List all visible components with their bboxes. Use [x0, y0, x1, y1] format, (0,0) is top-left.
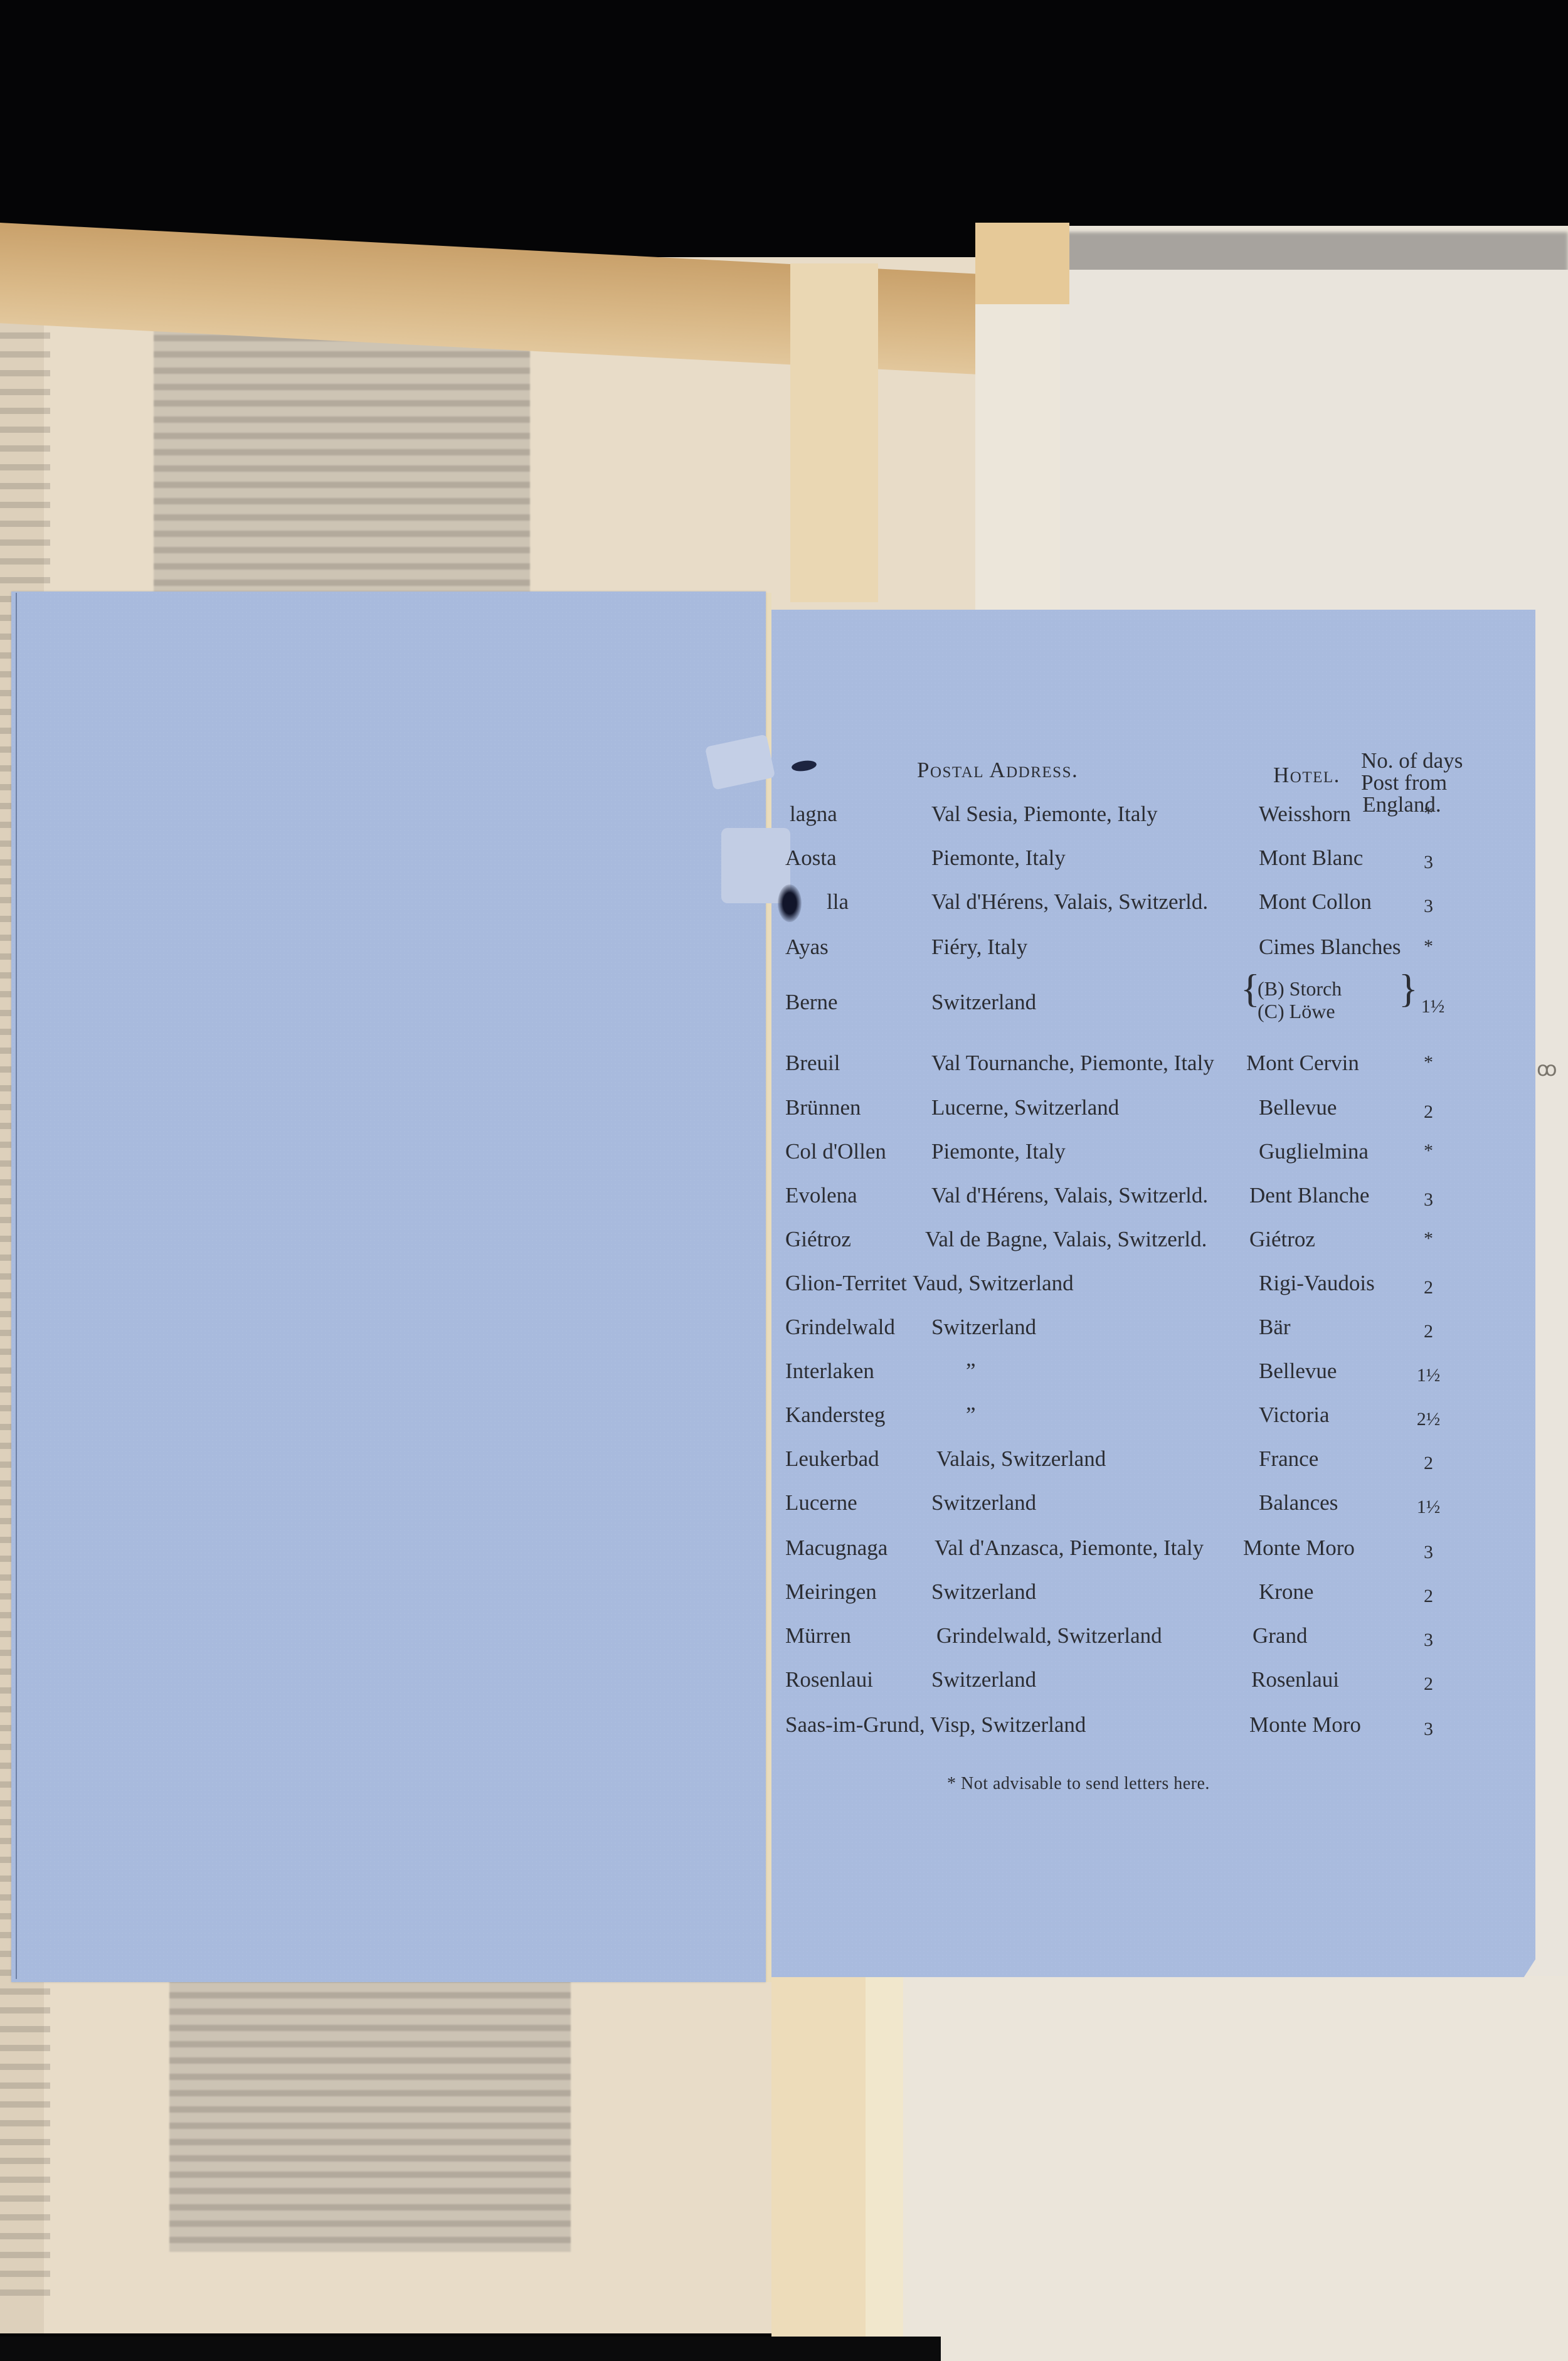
kraft-paper-strip	[790, 263, 878, 602]
place-name: Macugnaga	[785, 1537, 887, 1559]
hotel-name: Rigi-Vaudois	[1259, 1272, 1375, 1294]
hotel-name: Balances	[1259, 1492, 1338, 1514]
hotel-name: Bär	[1259, 1316, 1291, 1338]
card-left-page	[11, 592, 766, 1982]
place-name: Breuil	[785, 1052, 840, 1074]
postal-address: Val d'Hérens, Valais, Switzerld.	[931, 1184, 1208, 1206]
post-days: 2	[1414, 1322, 1443, 1341]
hotel-name: Weisshorn	[1259, 803, 1351, 825]
place-name: Meiringen	[785, 1581, 877, 1603]
ornament-border-fragment: ꝏ	[1537, 1057, 1559, 1081]
postal-address: Val de Bagne, Valais, Switzerld.	[925, 1228, 1207, 1250]
hotel-name: Rosenlaui	[1251, 1669, 1339, 1690]
place-name: Interlaken	[785, 1360, 874, 1382]
postal-address: Val d'Anzasca, Piemonte, Italy	[935, 1537, 1204, 1559]
right-kraft-tab	[975, 223, 1069, 304]
place-name: Ayas	[785, 936, 829, 958]
post-days: 2	[1414, 1675, 1443, 1694]
place-name: Mürren	[785, 1625, 851, 1647]
hotel-name: Monte Moro	[1249, 1714, 1361, 1736]
hotel-name: Grand	[1253, 1625, 1307, 1647]
postal-address: ”	[966, 1404, 976, 1426]
postal-address: Val d'Hérens, Valais, Switzerld.	[931, 891, 1208, 913]
post-days: 2	[1414, 1587, 1443, 1606]
ink-blot	[778, 884, 802, 922]
postal-address: Fiéry, Italy	[931, 936, 1027, 958]
hotel-option: (C) Löwe	[1254, 1000, 1342, 1022]
not-advisable-asterisk: *	[1414, 1142, 1443, 1160]
place-name: Lucerne	[785, 1492, 857, 1514]
postal-address: Switzerland	[931, 1316, 1036, 1338]
not-advisable-asterisk: *	[1414, 1229, 1443, 1248]
post-days: 3	[1414, 1543, 1443, 1562]
header-hotel: Hotel.	[1273, 764, 1340, 786]
tan-card-strip	[771, 1976, 866, 2361]
postal-address: Switzerland	[931, 1669, 1036, 1690]
header-postal-address: Postal Address.	[917, 759, 1078, 781]
left-brace: {	[1241, 968, 1260, 1009]
post-days: 3	[1414, 1631, 1443, 1650]
postal-address: Grindelwald, Switzerland	[936, 1625, 1162, 1647]
post-days: 1½	[1414, 1366, 1443, 1385]
hotel-name: Victoria	[1259, 1404, 1330, 1426]
hotel-name: Dent Blanche	[1249, 1184, 1369, 1206]
postal-address: Vaud, Switzerland	[913, 1272, 1074, 1294]
place-name: lla	[827, 891, 849, 913]
place-name: Col d'Ollen	[785, 1140, 886, 1162]
post-days: 2	[1414, 1103, 1443, 1122]
postal-address: Val Tournanche, Piemonte, Italy	[931, 1052, 1214, 1074]
place-name: Saas-im-Grund, Visp, Switzerland	[785, 1714, 1086, 1736]
dark-background	[0, 2337, 941, 2361]
footnote: * Not advisable to send letters here.	[947, 1775, 1210, 1793]
hotel-name: Bellevue	[1259, 1360, 1337, 1382]
hotel-name: Mont Cervin	[1246, 1052, 1359, 1074]
not-advisable-asterisk: *	[1414, 1053, 1443, 1072]
newspaper-clipping-bottom	[169, 1976, 571, 2252]
postal-address: Switzerland	[931, 991, 1036, 1013]
place-name: Giétroz	[785, 1228, 851, 1250]
not-advisable-asterisk: *	[1414, 804, 1443, 823]
postal-address: Piemonte, Italy	[931, 847, 1066, 869]
post-days: 3	[1414, 897, 1443, 916]
card-left-edge	[16, 593, 17, 1979]
postal-address: Piemonte, Italy	[931, 1140, 1066, 1162]
hotel-option: (B) Storch	[1254, 977, 1342, 1000]
place-name: Grindelwald	[785, 1316, 895, 1338]
place-name: Evolena	[785, 1184, 857, 1206]
place-name: Glion-Territet	[785, 1272, 907, 1294]
place-name: Leukerbad	[785, 1448, 879, 1470]
post-days: 2	[1414, 1278, 1443, 1297]
post-days: 1½	[1419, 997, 1447, 1016]
hotel-name: Cimes Blanches	[1259, 936, 1401, 958]
post-days: 3	[1414, 853, 1443, 872]
right-brace: }	[1399, 968, 1418, 1009]
postal-address: Valais, Switzerland	[936, 1448, 1106, 1470]
post-days: 1½	[1414, 1498, 1443, 1517]
lower-paper-strip	[866, 1976, 903, 2361]
place-name: lagna	[785, 803, 837, 825]
post-days: 3	[1414, 1191, 1443, 1209]
place-name: Kandersteg	[785, 1404, 885, 1426]
hotel-name: Monte Moro	[1243, 1537, 1355, 1559]
hotel-name: {(B) Storch(C) Löwe}	[1254, 977, 1342, 1022]
hotel-name: Guglielmina	[1259, 1140, 1369, 1162]
place-name: Berne	[785, 991, 838, 1013]
place-name: Rosenlaui	[785, 1669, 873, 1690]
postal-address: Lucerne, Switzerland	[931, 1096, 1119, 1118]
not-advisable-asterisk: *	[1414, 937, 1443, 956]
post-days: 2½	[1414, 1410, 1443, 1429]
place-name: Aosta	[785, 847, 837, 869]
header-days-line1: No. of days	[1361, 750, 1443, 772]
postal-address: Val Sesia, Piemonte, Italy	[931, 803, 1158, 825]
header-days-line2: Post from	[1361, 772, 1443, 793]
hotel-name: Krone	[1259, 1581, 1313, 1603]
post-days: 3	[1414, 1720, 1443, 1739]
lower-right-paper	[878, 1976, 1568, 2361]
postal-address: Switzerland	[931, 1492, 1036, 1514]
hotel-name: Giétroz	[1249, 1228, 1315, 1250]
postal-address: ”	[966, 1360, 976, 1382]
card-fold-gap	[765, 593, 771, 1982]
postal-address: Switzerland	[931, 1581, 1036, 1603]
hotel-name: France	[1259, 1448, 1318, 1470]
post-days: 2	[1414, 1454, 1443, 1473]
place-name: Brünnen	[785, 1096, 861, 1118]
hotel-name: Mont Collon	[1259, 891, 1372, 913]
hotel-name: Mont Blanc	[1259, 847, 1363, 869]
hotel-name: Bellevue	[1259, 1096, 1337, 1118]
